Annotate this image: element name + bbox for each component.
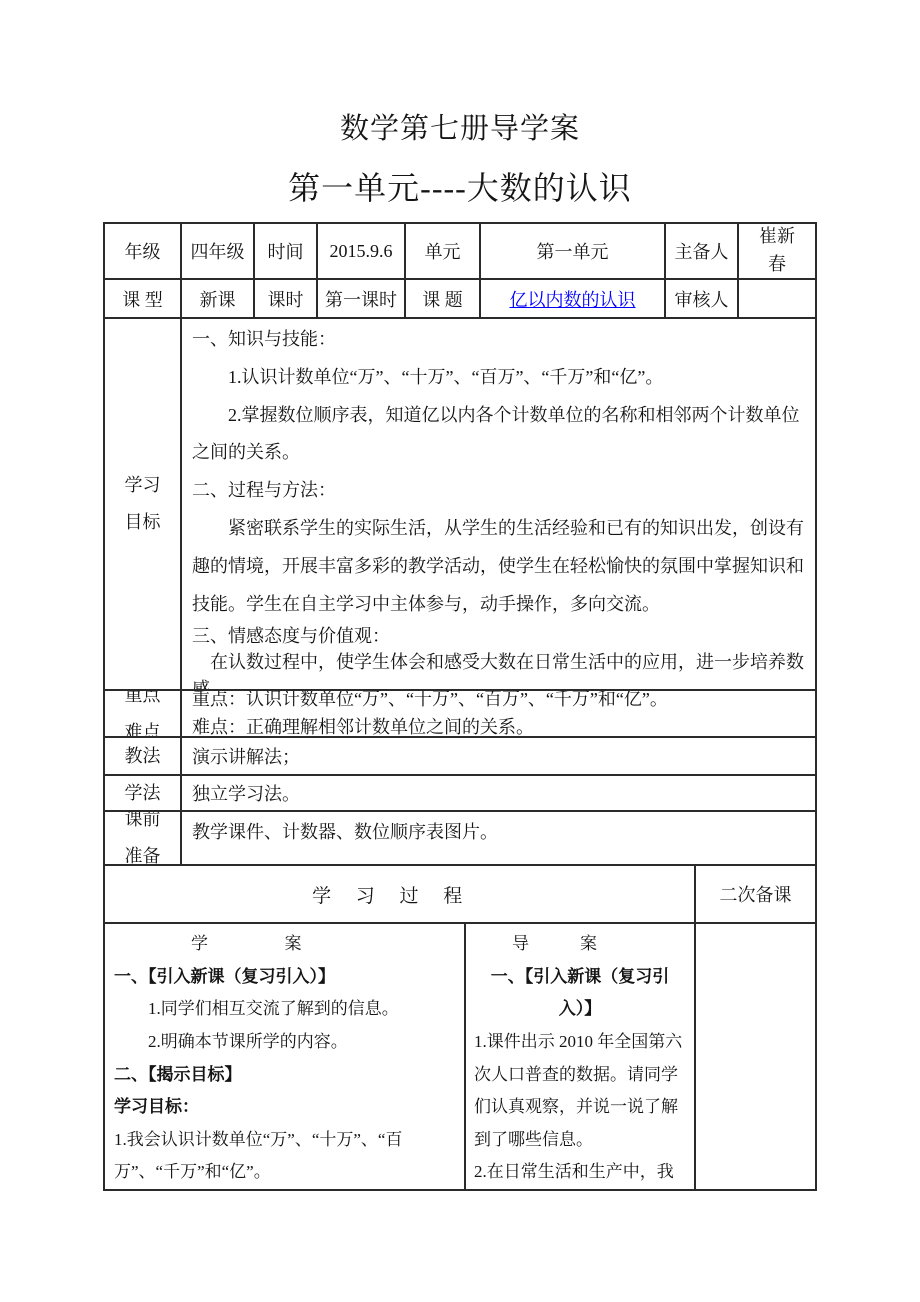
meta-row-2: 课 型 新课 课时 第一课时 课 题 亿以内数的认识 审核人 (105, 280, 815, 319)
learning-method-row: 学法 独立学习法。 (105, 776, 815, 812)
guide-p2: 2.在日常生活和生产中，我 (474, 1156, 686, 1189)
study-item1: 1.同学们相互交流了解到的信息。 (114, 993, 455, 1026)
lesson-plan-table: 年级 四年级 时间 2015.9.6 单元 第一单元 主备人 崔新春 课 型 新… (103, 222, 817, 1191)
second-prep-column (696, 924, 815, 1189)
topic-label: 课 题 (406, 280, 481, 317)
key-points-content: 重点：认识计数单位“万”、“十万”、“百万”、“千万”和“亿”。 难点：正确理解… (182, 691, 815, 736)
teaching-method-row: 教法 演示讲解法； (105, 738, 815, 776)
document-page: 数学第七册导学案 第一单元----大数的认识 年级 四年级 时间 2015.9.… (0, 0, 920, 1302)
preparer-value: 崔新春 (739, 224, 815, 278)
teaching-method-label: 教法 (105, 738, 182, 774)
objectives-label: 学习目标 (105, 319, 182, 689)
objectives-s1-title: 一、知识与技能： (192, 321, 805, 359)
grade-value: 四年级 (182, 224, 255, 278)
objectives-s1-item2: 2.掌握数位顺序表，知道亿以内各个计数单位的名称和相邻两个计数单位之间的关系。 (192, 397, 805, 473)
key-points-row: 重点难点 重点：认识计数单位“万”、“十万”、“百万”、“千万”和“亿”。 难点… (105, 691, 815, 738)
objectives-content: 一、知识与技能： 1.认识计数单位“万”、“十万”、“百万”、“千万”和“亿”。… (182, 319, 815, 689)
preparation-row: 课前准备 教学课件、计数器、数位顺序表图片。 (105, 812, 815, 866)
objectives-s3-body: 在认数过程中，使学生体会和感受大数在日常生活中的应用，进一步培养数感。 (192, 649, 805, 689)
grade-label: 年级 (105, 224, 182, 278)
guide-h1: 一、【引入新课（复习引入）】 (474, 961, 686, 1026)
objectives-row: 学习目标 一、知识与技能： 1.认识计数单位“万”、“十万”、“百万”、“千万”… (105, 319, 815, 691)
period-value: 第一课时 (318, 280, 406, 317)
time-label: 时间 (255, 224, 318, 278)
unit-label: 单元 (406, 224, 481, 278)
guide-p1: 1.课件出示 2010 年全国第六次人口普查的数据。请同学们认真观察，并说一说了… (474, 1026, 686, 1157)
lesson-type-label: 课 型 (105, 280, 182, 317)
preparation-label: 课前准备 (105, 812, 182, 864)
reviewer-label: 审核人 (666, 280, 739, 317)
study-item2: 2.明确本节课所学的内容。 (114, 1026, 455, 1059)
preparer-label: 主备人 (666, 224, 739, 278)
process-body-row: 学案 一、【引入新课（复习引入）】 1.同学们相互交流了解到的信息。 2.明确本… (105, 924, 815, 1189)
topic-link[interactable]: 亿以内数的认识 (510, 286, 636, 312)
guide-column: 导案 一、【引入新课（复习引入）】 1.课件出示 2010 年全国第六次人口普查… (466, 924, 696, 1189)
preparation-value: 教学课件、计数器、数位顺序表图片。 (182, 812, 815, 864)
study-h1: 一、【引入新课（复习引入）】 (114, 961, 455, 994)
learning-method-label: 学法 (105, 776, 182, 810)
topic-cell: 亿以内数的认识 (481, 280, 666, 317)
unit-value: 第一单元 (481, 224, 666, 278)
difficulty-text: 难点：正确理解相邻计数单位之间的关系。 (192, 714, 805, 737)
objectives-s3-title: 三、情感态度与价值观： (192, 623, 805, 649)
learning-method-value: 独立学习法。 (182, 776, 815, 810)
doc-subtitle: 第一单元----大数的认识 (103, 163, 817, 209)
guide-column-header: 导案 (474, 928, 686, 961)
process-header-row: 学习过程 二次备课 (105, 866, 815, 924)
study-column-header: 学案 (114, 928, 455, 961)
teaching-method-value: 演示讲解法； (182, 738, 815, 774)
study-h2: 二、【揭示目标】 (114, 1059, 455, 1092)
process-title: 学习过程 (105, 866, 696, 922)
period-label: 课时 (255, 280, 318, 317)
lesson-type-value: 新课 (182, 280, 255, 317)
doc-title: 数学第七册导学案 (103, 106, 817, 147)
objectives-s2-title: 二、过程与方法： (192, 472, 805, 510)
meta-row-1: 年级 四年级 时间 2015.9.6 单元 第一单元 主备人 崔新春 (105, 224, 815, 280)
study-column: 学案 一、【引入新课（复习引入）】 1.同学们相互交流了解到的信息。 2.明确本… (105, 924, 466, 1189)
key-point-text: 重点：认识计数单位“万”、“十万”、“百万”、“千万”和“亿”。 (192, 691, 805, 714)
key-points-label: 重点难点 (105, 691, 182, 736)
time-value: 2015.9.6 (318, 224, 406, 278)
objectives-s1-item1: 1.认识计数单位“万”、“十万”、“百万”、“千万”和“亿”。 (192, 359, 805, 397)
study-h3: 学习目标： (114, 1091, 455, 1124)
study-item3: 1.我会认识计数单位“万”、“十万”、“百万”、“千万”和“亿”。 (114, 1124, 455, 1189)
reviewer-value (739, 280, 815, 317)
second-prep-label: 二次备课 (696, 866, 815, 922)
objectives-s2-body: 紧密联系学生的实际生活，从学生的生活经验和已有的知识出发，创设有趣的情境，开展丰… (192, 510, 805, 623)
